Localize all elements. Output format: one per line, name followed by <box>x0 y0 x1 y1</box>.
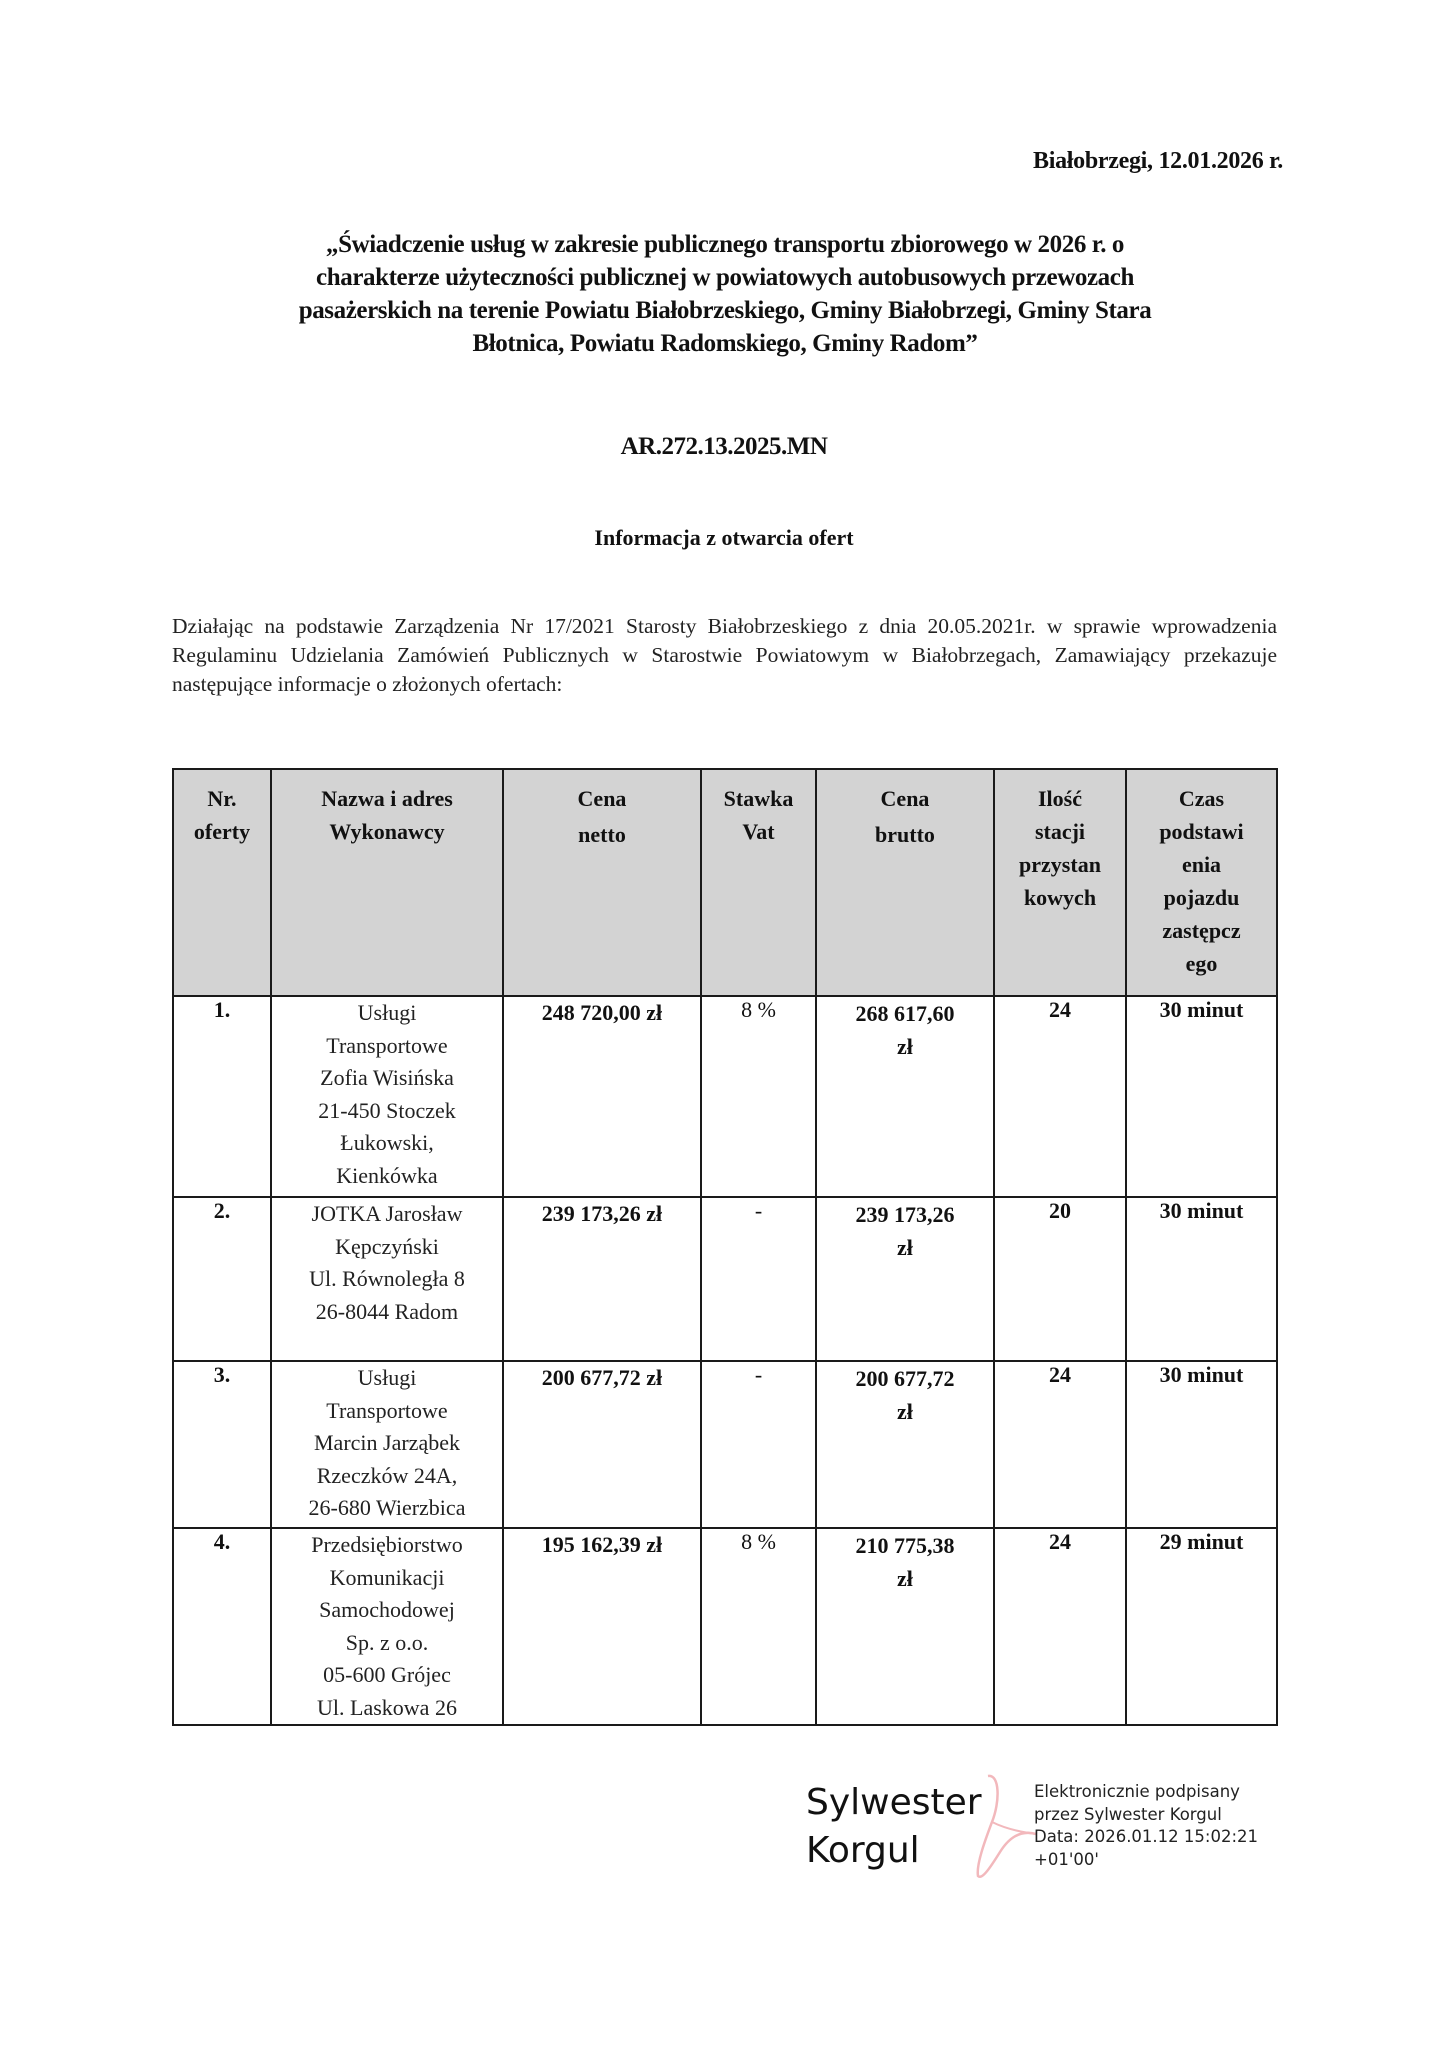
header-line: Cena <box>817 782 993 815</box>
offer-number: 2. <box>173 1197 271 1361</box>
contractor-line: 26-8044 Radom <box>272 1296 502 1329</box>
stop-stations-count: 24 <box>994 996 1126 1197</box>
header-line: kowych <box>995 881 1125 914</box>
replacement-vehicle-time: 30 minut <box>1126 996 1277 1197</box>
header-stations: Ilośćstacjiprzystankowych <box>994 769 1126 996</box>
contractor-line: Przedsiębiorstwo <box>272 1529 502 1562</box>
header-line: Ilość <box>995 782 1125 815</box>
table-row: 4.PrzedsiębiorstwoKomunikacjiSamochodowe… <box>173 1528 1277 1725</box>
intro-paragraph: Działając na podstawie Zarządzenia Nr 17… <box>172 612 1277 699</box>
contractor-line: Usługi <box>272 997 502 1030</box>
contractor-line: Transportowe <box>272 1395 502 1428</box>
header-line: brutto <box>817 818 993 851</box>
table-row: 1.UsługiTransportoweZofia Wisińska21-450… <box>173 996 1277 1197</box>
contractor-line: Zofia Wisińska <box>272 1062 502 1095</box>
header-line: ego <box>1127 947 1276 980</box>
header-gross-price: Cenabrutto <box>816 769 994 996</box>
contractor-line: Usługi <box>272 1362 502 1395</box>
signature-name: Sylwester Korgul <box>806 1779 982 1875</box>
contractor-line: Ul. Równoległa 8 <box>272 1263 502 1296</box>
contractor-cell: JOTKA JarosławKępczyńskiUl. Równoległa 8… <box>271 1197 503 1361</box>
contractor-line: Marcin Jarząbek <box>272 1427 502 1460</box>
vat-rate: 8 % <box>701 996 816 1197</box>
gross-price-line: zł <box>817 1562 993 1595</box>
document-title: „Świadczenie usług w zakresie publiczneg… <box>170 228 1280 360</box>
contractor-line: JOTKA Jarosław <box>272 1198 502 1231</box>
vat-rate: 8 % <box>701 1528 816 1725</box>
header-line: przystan <box>995 848 1125 881</box>
header-line: oferty <box>174 815 270 848</box>
contractor-line: Samochodowej <box>272 1594 502 1627</box>
gross-price-line: zł <box>817 1395 993 1428</box>
title-line: charakterze użyteczności publicznej w po… <box>170 261 1280 294</box>
gross-price-line: 239 173,26 <box>817 1198 993 1231</box>
contractor-cell: UsługiTransportoweZofia Wisińska21-450 S… <box>271 996 503 1197</box>
gross-price-line: 200 677,72 <box>817 1362 993 1395</box>
header-replacement-time: Czaspodstawieniapojazduzastępczego <box>1126 769 1277 996</box>
header-line: podstawi <box>1127 815 1276 848</box>
header-line: enia <box>1127 848 1276 881</box>
contractor-cell: PrzedsiębiorstwoKomunikacjiSamochodowejS… <box>271 1528 503 1725</box>
table-row: 3.UsługiTransportoweMarcin JarząbekRzecz… <box>173 1361 1277 1528</box>
contractor-line: Kienkówka <box>272 1160 502 1193</box>
signature-info-line: przez Sylwester Korgul <box>1034 1804 1258 1827</box>
header-vat: StawkaVat <box>701 769 816 996</box>
title-line: „Świadczenie usług w zakresie publiczneg… <box>170 228 1280 261</box>
header-line: Wykonawcy <box>272 815 502 848</box>
stop-stations-count: 24 <box>994 1528 1126 1725</box>
signature-first-name: Sylwester <box>806 1779 982 1827</box>
net-price: 200 677,72 zł <box>503 1361 701 1528</box>
title-line: Błotnica, Powiatu Radomskiego, Gminy Rad… <box>170 327 1280 360</box>
net-price: 195 162,39 zł <box>503 1528 701 1725</box>
gross-price-line: 268 617,60 <box>817 997 993 1030</box>
header-line: Nr. <box>174 782 270 815</box>
net-price: 248 720,00 zł <box>503 996 701 1197</box>
contractor-line: Łukowski, <box>272 1127 502 1160</box>
gross-price-cell: 210 775,38zł <box>816 1528 994 1725</box>
header-line: zastępcz <box>1127 914 1276 947</box>
header-line: Cena <box>504 782 700 815</box>
contractor-line: 26-680 Wierzbica <box>272 1492 502 1525</box>
document-subtitle: Informacja z otwarcia ofert <box>0 525 1448 551</box>
gross-price-cell: 200 677,72zł <box>816 1361 994 1528</box>
header-net-price: Cenanetto <box>503 769 701 996</box>
header-line: pojazdu <box>1127 881 1276 914</box>
stop-stations-count: 24 <box>994 1361 1126 1528</box>
gross-price-line: zł <box>817 1030 993 1063</box>
offer-number: 1. <box>173 996 271 1197</box>
gross-price-line: zł <box>817 1231 993 1264</box>
gross-price-cell: 239 173,26zł <box>816 1197 994 1361</box>
contractor-line: Komunikacji <box>272 1562 502 1595</box>
signature-info: Elektronicznie podpisany przez Sylwester… <box>1034 1781 1258 1871</box>
contractor-line: Ul. Laskowa 26 <box>272 1692 502 1725</box>
signature-last-name: Korgul <box>806 1827 982 1875</box>
gross-price-cell: 268 617,60zł <box>816 996 994 1197</box>
replacement-vehicle-time: 30 minut <box>1126 1197 1277 1361</box>
vat-rate: - <box>701 1197 816 1361</box>
signature-info-line: +01'00' <box>1034 1849 1258 1872</box>
header-line: netto <box>504 818 700 851</box>
net-price: 239 173,26 zł <box>503 1197 701 1361</box>
contractor-line: Kępczyński <box>272 1231 502 1264</box>
header-line: stacji <box>995 815 1125 848</box>
contractor-line: 21-450 Stoczek <box>272 1095 502 1128</box>
replacement-vehicle-time: 29 minut <box>1126 1528 1277 1725</box>
stop-stations-count: 20 <box>994 1197 1126 1361</box>
signature-info-line: Data: 2026.01.12 15:02:21 <box>1034 1826 1258 1849</box>
offer-number: 4. <box>173 1528 271 1725</box>
vat-rate: - <box>701 1361 816 1528</box>
contractor-line: Rzeczków 24A, <box>272 1460 502 1493</box>
reference-number: AR.272.13.2025.MN <box>0 433 1448 461</box>
header-line: Vat <box>702 815 815 848</box>
gross-price-line: 210 775,38 <box>817 1529 993 1562</box>
contractor-cell: UsługiTransportoweMarcin JarząbekRzeczkó… <box>271 1361 503 1528</box>
header-contractor: Nazwa i adresWykonawcy <box>271 769 503 996</box>
title-line: pasażerskich na terenie Powiatu Białobrz… <box>170 294 1280 327</box>
contractor-line: 05-600 Grójec <box>272 1659 502 1692</box>
header-line: Nazwa i adres <box>272 782 502 815</box>
table-row: 2.JOTKA JarosławKępczyńskiUl. Równoległa… <box>173 1197 1277 1361</box>
offers-table: Nr.oferty Nazwa i adresWykonawcy Cenanet… <box>172 768 1278 1726</box>
header-line: Stawka <box>702 782 815 815</box>
contractor-line: Transportowe <box>272 1030 502 1063</box>
header-line: Czas <box>1127 782 1276 815</box>
offer-number: 3. <box>173 1361 271 1528</box>
signature-info-line: Elektronicznie podpisany <box>1034 1781 1258 1804</box>
table-header-row: Nr.oferty Nazwa i adresWykonawcy Cenanet… <box>173 769 1277 996</box>
replacement-vehicle-time: 30 minut <box>1126 1361 1277 1528</box>
contractor-line: Sp. z o.o. <box>272 1627 502 1660</box>
place-date: Białobrzegi, 12.01.2026 r. <box>1033 148 1283 175</box>
header-nr: Nr.oferty <box>173 769 271 996</box>
